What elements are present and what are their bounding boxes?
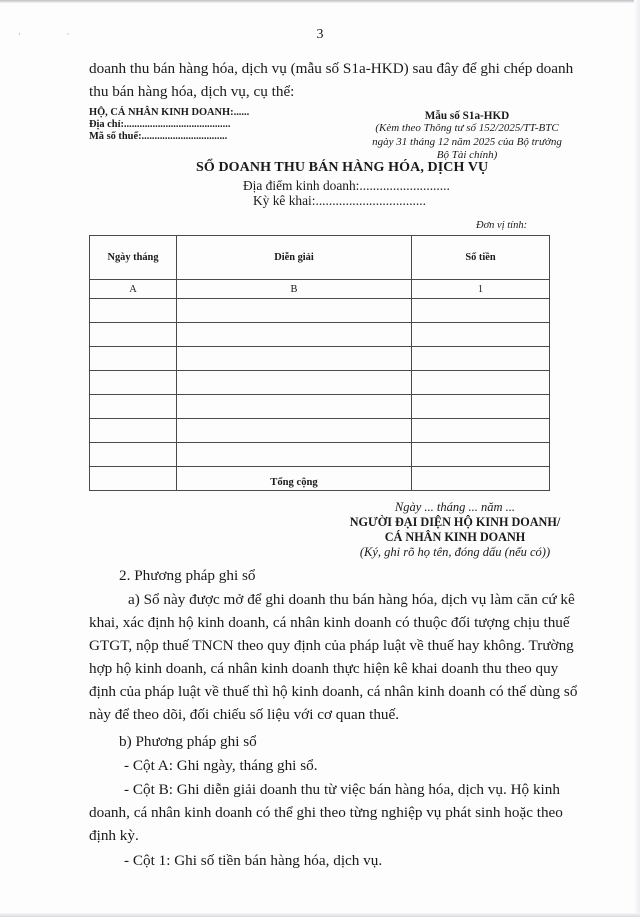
col-b-line-2: doanh, cá nhân kinh doanh có thể ghi the… xyxy=(89,804,551,822)
description-cell xyxy=(177,419,412,443)
business-location-field: Địa điểm kinh doanh:....................… xyxy=(243,178,450,194)
signature-note: (Ký, ghi rõ họ tên, đóng dấu (nếu có)) xyxy=(310,545,600,560)
para-b-heading: b) Phương pháp ghi sổ xyxy=(119,733,257,751)
col-b-line-1: - Cột B: Ghi diễn giải doanh thu từ việc… xyxy=(124,781,551,799)
description-cell xyxy=(177,371,412,395)
table-row xyxy=(90,323,550,347)
tax-code-field: Mã số thuế:.............................… xyxy=(89,131,227,142)
para-a-line-5: định của pháp luật về thuế thì hộ kinh d… xyxy=(89,683,551,701)
column-code-a: A xyxy=(90,280,177,299)
signature-title-2: CÁ NHÂN KINH DOANH xyxy=(310,530,600,545)
para-a-line-2: khai, xác định hộ kinh doanh, cá nhân ki… xyxy=(89,614,551,632)
form-id-block: Mẫu số S1a-HKD (Kèm theo Thông tư số 152… xyxy=(342,110,592,163)
date-cell xyxy=(90,395,177,419)
para-a-line-1: a) Sổ này được mở để ghi doanh thu bán h… xyxy=(128,591,551,609)
form-note-line-2: ngày 31 tháng 12 năm 2025 của Bộ trưởng xyxy=(342,136,592,150)
amount-cell xyxy=(412,419,550,443)
form-code: Mẫu số S1a-HKD xyxy=(342,110,592,122)
description-cell xyxy=(177,443,412,467)
total-empty-cell xyxy=(90,467,177,491)
table-row xyxy=(90,395,550,419)
address-field: Địa chỉ:................................… xyxy=(89,119,230,130)
description-cell xyxy=(177,323,412,347)
table-row xyxy=(90,347,550,371)
column-code-b: B xyxy=(177,280,412,299)
description-cell xyxy=(177,299,412,323)
column-code-1: 1 xyxy=(412,280,550,299)
table-row xyxy=(90,371,550,395)
intro-line-1: doanh thu bán hàng hóa, dịch vụ (mẫu số … xyxy=(89,60,573,78)
signature-block: Ngày ... tháng ... năm ... NGƯỜI ĐẠI DIỆ… xyxy=(310,500,600,560)
col-b-line-3: định kỳ. xyxy=(89,827,139,845)
date-cell xyxy=(90,323,177,347)
col-1-instruction: - Cột 1: Ghi số tiền bán hàng hóa, dịch … xyxy=(124,852,382,870)
amount-cell xyxy=(412,395,550,419)
unit-label: Đơn vị tính: xyxy=(476,220,527,231)
date-cell xyxy=(90,419,177,443)
declaration-period-field: Kỳ kê khai:.............................… xyxy=(253,193,426,209)
amount-cell xyxy=(412,347,550,371)
amount-cell xyxy=(412,299,550,323)
para-a-line-6: này để theo dõi, đối chiếu số liệu với c… xyxy=(89,706,399,724)
intro-line-2: thu bán hàng hóa, dịch vụ, cụ thể: xyxy=(89,83,294,101)
date-cell xyxy=(90,443,177,467)
total-label: Tổng cộng xyxy=(177,467,412,491)
page-edge-bottom xyxy=(0,913,640,917)
amount-cell xyxy=(412,371,550,395)
method-heading: 2. Phương pháp ghi sổ xyxy=(119,567,256,585)
table-row xyxy=(90,419,550,443)
date-cell xyxy=(90,299,177,323)
date-cell xyxy=(90,371,177,395)
para-a-line-3: GTGT, nộp thuế TNCN theo quy định của ph… xyxy=(89,637,551,655)
total-value xyxy=(412,467,550,491)
para-a-line-4: hợp hộ kinh doanh, cá nhân kinh doanh th… xyxy=(89,660,551,678)
page-number: 3 xyxy=(0,27,640,43)
col-a-instruction: - Cột A: Ghi ngày, tháng ghi sổ. xyxy=(124,757,318,775)
column-header-date: Ngày tháng xyxy=(90,236,177,280)
date-cell xyxy=(90,347,177,371)
table-header-row: Ngày tháng Diễn giải Số tiền xyxy=(90,236,550,280)
column-header-description: Diễn giải xyxy=(177,236,412,280)
amount-cell xyxy=(412,443,550,467)
description-cell xyxy=(177,395,412,419)
table-row xyxy=(90,299,550,323)
table-total-row: Tổng cộng xyxy=(90,467,550,491)
page-edge-top xyxy=(0,0,640,3)
amount-cell xyxy=(412,323,550,347)
form-note-line-1: (Kèm theo Thông tư số 152/2025/TT-BTC xyxy=(342,122,592,136)
table-row xyxy=(90,443,550,467)
signature-date: Ngày ... tháng ... năm ... xyxy=(310,500,600,515)
column-code-row: A B 1 xyxy=(90,280,550,299)
book-title: SỔ DOANH THU BÁN HÀNG HÓA, DỊCH VỤ xyxy=(196,160,488,176)
revenue-ledger-table: Ngày tháng Diễn giải Số tiền A B 1 Tổng … xyxy=(89,235,550,491)
column-header-amount: Số tiền xyxy=(412,236,550,280)
signature-title-1: NGƯỜI ĐẠI DIỆN HỘ KINH DOANH/ xyxy=(310,515,600,530)
business-name-field: HỘ, CÁ NHÂN KINH DOANH:...... xyxy=(89,107,249,118)
page-edge-right xyxy=(634,0,640,917)
description-cell xyxy=(177,347,412,371)
